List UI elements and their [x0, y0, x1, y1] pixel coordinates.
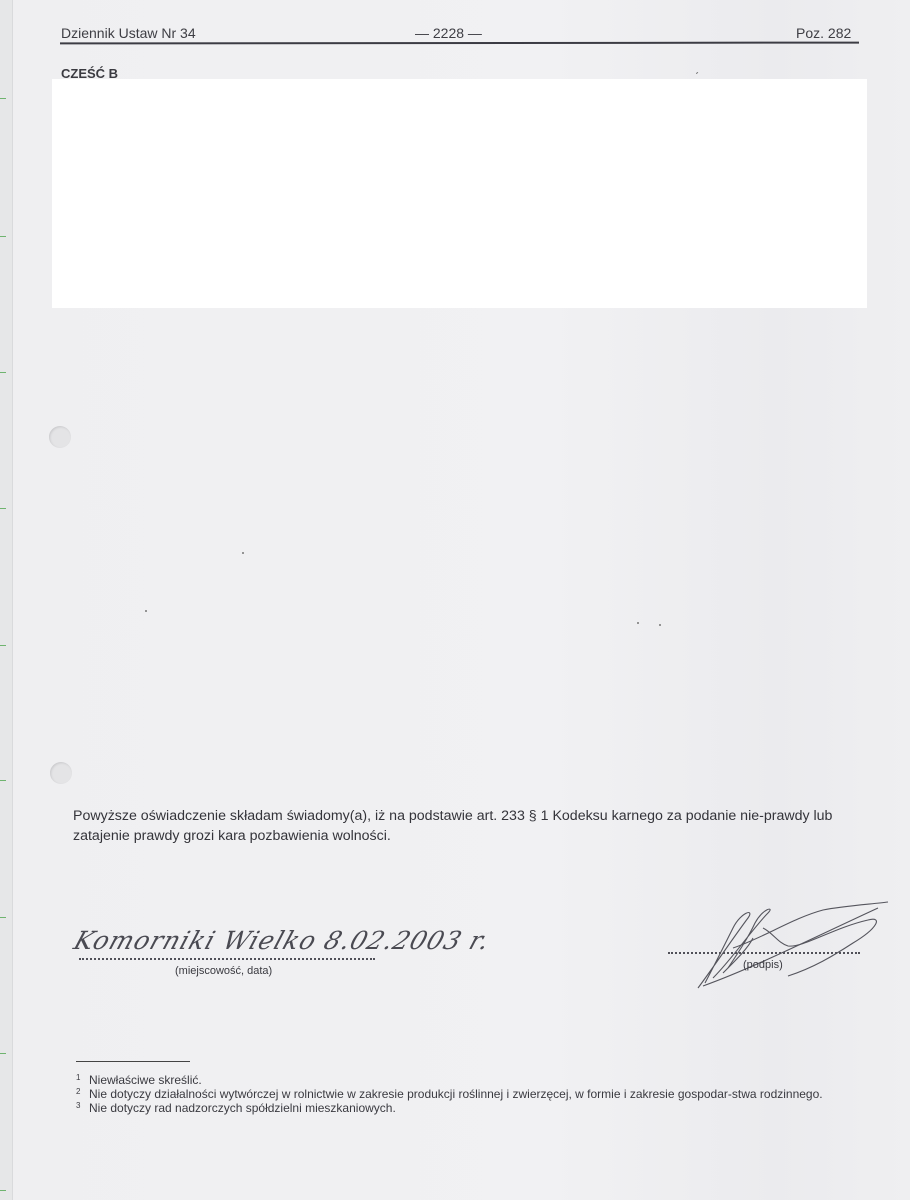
- footnote-text: Niewłaściwe skreślić.: [89, 1073, 202, 1087]
- margin-tick: [0, 917, 6, 918]
- margin-tick: [0, 1190, 6, 1191]
- footnote-item: 1 Niewłaściwe skreślić.: [76, 1073, 876, 1087]
- speck: [637, 622, 639, 624]
- footnote-text: Nie dotyczy działalności wytwórczej w ro…: [89, 1087, 823, 1101]
- punch-hole: [50, 762, 72, 784]
- place-date-line: [79, 958, 375, 960]
- speck: [659, 624, 661, 626]
- footnote-marker: 1: [76, 1071, 89, 1085]
- footnote-rule: [76, 1061, 190, 1062]
- journal-title: Dziennik Ustaw Nr 34: [61, 25, 196, 41]
- punch-hole: [49, 426, 71, 448]
- place-date-caption: (miejscowość, data): [175, 965, 272, 977]
- margin-tick: [0, 98, 6, 99]
- footnotes: 1 Niewłaściwe skreślić. 2 Nie dotyczy dz…: [76, 1073, 876, 1115]
- margin-tick: [0, 1053, 6, 1054]
- page-number: — 2228 —: [415, 25, 482, 41]
- signature-scribble: [693, 898, 893, 998]
- header-rule: [60, 42, 859, 45]
- margin-tick: [0, 645, 6, 646]
- handwritten-place-date: Komorniki Wielko 8.02.2003 r.: [70, 926, 494, 955]
- statement-paragraph: Powyższe oświadczenie składam świadomy(a…: [73, 806, 873, 846]
- margin-tick: [0, 372, 6, 373]
- speck: [242, 552, 244, 554]
- speck: [145, 610, 147, 612]
- signature-caption: (podpis): [743, 959, 783, 971]
- footnote-item: 3 Nie dotyczy rad nadzorczych spółdzieln…: [76, 1101, 876, 1115]
- redacted-block: [52, 79, 867, 308]
- footnote-text: Nie dotyczy rad nadzorczych spółdzielni …: [89, 1101, 396, 1115]
- footnote-marker: 2: [76, 1085, 89, 1099]
- margin-tick: [0, 780, 6, 781]
- scan-margin-strip: [0, 0, 13, 1200]
- margin-tick: [0, 236, 6, 237]
- position-number: Poz. 282: [796, 25, 851, 41]
- margin-tick: [0, 508, 6, 509]
- footnote-marker: 3: [76, 1099, 89, 1113]
- signature-line: [668, 952, 860, 954]
- document-page: Dziennik Ustaw Nr 34 — 2228 — Poz. 282 C…: [13, 0, 910, 1200]
- footnote-item: 2 Nie dotyczy działalności wytwórczej w …: [76, 1087, 876, 1101]
